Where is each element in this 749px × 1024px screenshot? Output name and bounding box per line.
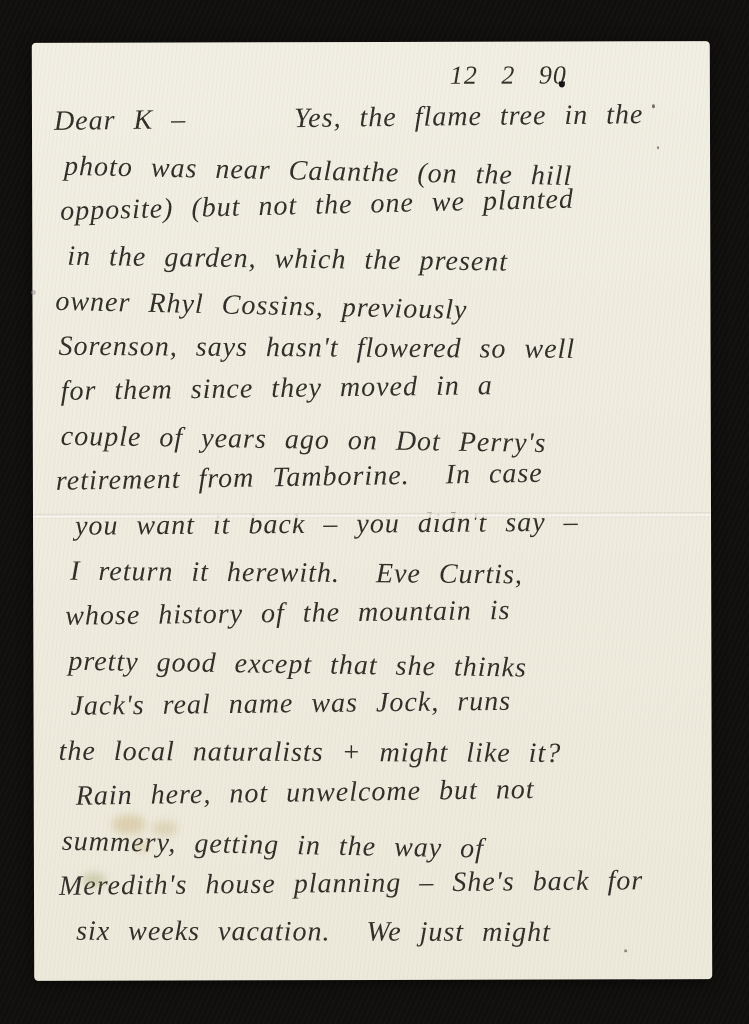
handwritten-line: Meredith's house planning – She's back f… bbox=[59, 858, 706, 909]
letter-body: 12 2 90 Dear K – Yes, the flame tree in … bbox=[52, 53, 706, 954]
handwritten-line: six weeks vacation. We just might bbox=[76, 909, 706, 956]
handwritten-line: Rain here, not unwelcome but not bbox=[75, 764, 706, 818]
handwritten-line: you want it back – you didn't say – bbox=[75, 499, 705, 549]
paper-edge-notch bbox=[559, 81, 565, 87]
handwritten-line: Jack's real name was Jock, runs bbox=[70, 677, 705, 729]
dust-speck bbox=[31, 290, 36, 295]
handwritten-line: Dear K – Yes, the flame tree in the bbox=[54, 91, 704, 143]
handwritten-line: retirement from Tamborine. In case bbox=[56, 448, 706, 504]
handwritten-line: for them since they moved in a bbox=[60, 360, 705, 413]
handwritten-line: in the garden, which the present bbox=[67, 234, 705, 287]
photo-background: 12 2 90 Dear K – Yes, the flame tree in … bbox=[0, 0, 749, 1024]
letter-paper: 12 2 90 Dear K – Yes, the flame tree in … bbox=[32, 41, 712, 981]
handwritten-line: whose history of the mountain is bbox=[65, 585, 706, 638]
